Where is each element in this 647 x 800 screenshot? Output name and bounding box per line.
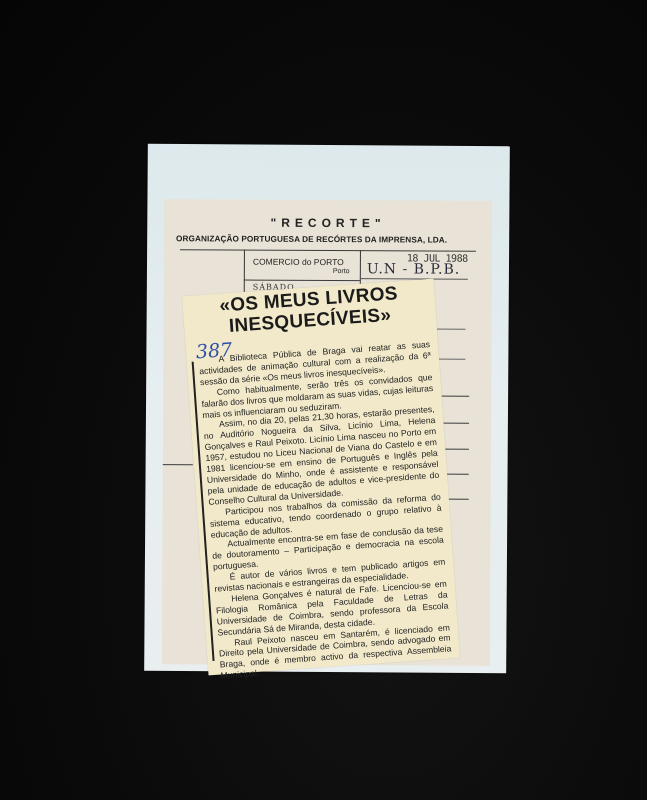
header-divider [180, 249, 476, 252]
form-title: "RECORTE" [164, 215, 492, 231]
newspaper-clipping: «OS MEUS LIVROS INESQUECÍVEIS» 387 A Bib… [182, 279, 460, 676]
newspaper-name: COMERCIO do PORTO [253, 257, 344, 267]
form-rule [163, 464, 193, 465]
newspaper-city: Porto [333, 268, 350, 275]
article-paragraph: Assim, no dia 20, pelas 21,30 horas, est… [203, 404, 441, 507]
handwritten-library-code: U.N - B.P.B. [367, 261, 460, 277]
organization-name: ORGANIZAÇÃO PORTUGUESA DE RECÓRTES DA IM… [176, 234, 447, 244]
row-divider [244, 280, 360, 282]
article-body: A Biblioteca Pública de Braga vai reatar… [198, 339, 452, 682]
